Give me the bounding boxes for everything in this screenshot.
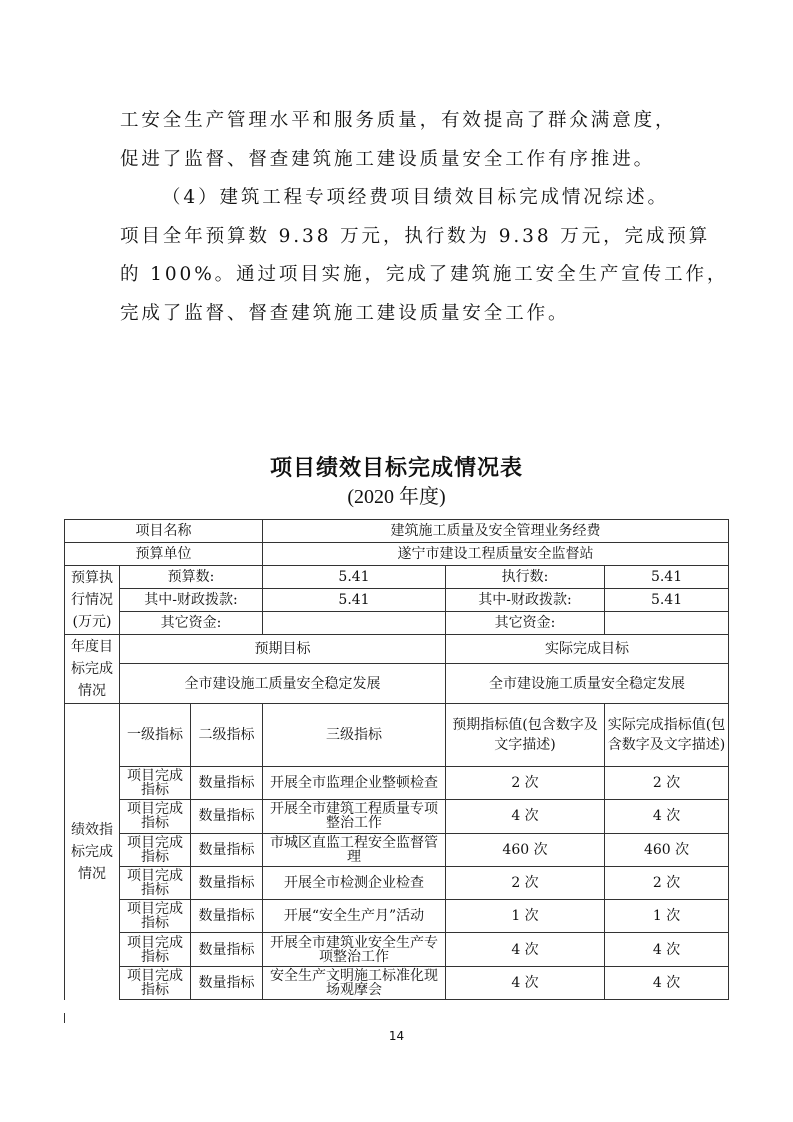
table-continuation-border bbox=[64, 1013, 65, 1023]
budget-value-a: 5.41 bbox=[263, 566, 446, 589]
budget-label-a: 其中-财政拨款: bbox=[120, 589, 263, 612]
level2-cell: 数量指标 bbox=[191, 833, 263, 866]
budget-unit-row: 预算单位 遂宁市建设工程质量安全监督站 bbox=[65, 543, 729, 566]
table-row: 项目完成指标 数量指标 安全生产文明施工标准化现场观摩会 4 次 4 次 bbox=[65, 966, 729, 999]
table-row: 项目完成指标 数量指标 开展全市检测企业检查 2 次 2 次 bbox=[65, 866, 729, 899]
level3-cell: 开展全市建筑业安全生产专项整治工作 bbox=[263, 933, 446, 966]
paragraph-line: 的 100%。通过项目实施，完成了建筑施工安全生产宣传工作， bbox=[120, 256, 680, 295]
indicator-header: 预期指标值(包含数字及文字描述) bbox=[446, 704, 605, 767]
paragraph-line: 项目全年预算数 9.38 万元，执行数为 9.38 万元，完成预算 bbox=[120, 218, 680, 257]
budget-unit-label: 预算单位 bbox=[65, 543, 263, 566]
level3-cell: 开展“安全生产月”活动 bbox=[263, 900, 446, 933]
actual-goal-label: 实际完成目标 bbox=[446, 635, 729, 664]
level1-cell: 项目完成指标 bbox=[120, 866, 191, 899]
body-text: 工安全生产管理水平和服务质量，有效提高了群众满意度， 促进了监督、督查建筑施工建… bbox=[120, 102, 680, 334]
level3-cell: 开展全市检测企业检查 bbox=[263, 866, 446, 899]
expected-goal: 全市建设施工质量安全稳定发展 bbox=[120, 664, 446, 704]
table-title: 项目绩效目标完成情况表 bbox=[0, 451, 793, 482]
level1-cell: 项目完成指标 bbox=[120, 933, 191, 966]
expected-value-cell: 460 次 bbox=[446, 833, 605, 866]
budget-value-b: 5.41 bbox=[605, 566, 729, 589]
level2-cell: 数量指标 bbox=[191, 800, 263, 833]
budget-label-a: 其它资金: bbox=[120, 612, 263, 635]
indicator-header: 一级指标 bbox=[120, 704, 191, 767]
level2-cell: 数量指标 bbox=[191, 933, 263, 966]
section-heading: （4）建筑工程专项经费项目绩效目标完成情况综述。 bbox=[120, 179, 680, 218]
expected-value-cell: 1 次 bbox=[446, 900, 605, 933]
expected-value-cell: 2 次 bbox=[446, 866, 605, 899]
project-name-row: 项目名称 建筑施工质量及安全管理业务经费 bbox=[65, 520, 729, 543]
level2-cell: 数量指标 bbox=[191, 866, 263, 899]
level3-cell: 安全生产文明施工标准化现场观摩会 bbox=[263, 966, 446, 999]
budget-section-label: 预算执行情况(万元) bbox=[65, 566, 120, 635]
level2-cell: 数量指标 bbox=[191, 767, 263, 800]
table-row: 项目完成指标 数量指标 开展全市监理企业整顿检查 2 次 2 次 bbox=[65, 767, 729, 800]
expected-goal-label: 预期目标 bbox=[120, 635, 446, 664]
budget-row: 其中-财政拨款: 5.41 其中-财政拨款: 5.41 bbox=[65, 589, 729, 612]
project-name-label: 项目名称 bbox=[65, 520, 263, 543]
expected-value-cell: 4 次 bbox=[446, 800, 605, 833]
paragraph-line: 工安全生产管理水平和服务质量，有效提高了群众满意度， bbox=[120, 102, 680, 141]
indicator-header-row: 绩效指标完成情况 一级指标 二级指标 三级指标 预期指标值(包含数字及文字描述)… bbox=[65, 704, 729, 767]
actual-value-cell: 4 次 bbox=[605, 933, 729, 966]
budget-row: 预算执行情况(万元) 预算数: 5.41 执行数: 5.41 bbox=[65, 566, 729, 589]
table-row: 项目完成指标 数量指标 开展全市建筑工程质量专项整治工作 4 次 4 次 bbox=[65, 800, 729, 833]
level1-cell: 项目完成指标 bbox=[120, 966, 191, 999]
budget-value-b: 5.41 bbox=[605, 589, 729, 612]
budget-unit-value: 遂宁市建设工程质量安全监督站 bbox=[263, 543, 729, 566]
goal-content-row: 全市建设施工质量安全稳定发展 全市建设施工质量安全稳定发展 bbox=[65, 664, 729, 704]
level3-cell: 市城区直监工程安全监督管理 bbox=[263, 833, 446, 866]
budget-value-a bbox=[263, 612, 446, 635]
goal-header-row: 年度目标完成情况 预期目标 实际完成目标 bbox=[65, 635, 729, 664]
page-number: 14 bbox=[0, 1029, 793, 1043]
paragraph-line: 促进了监督、督查建筑施工建设质量安全工作有序推进。 bbox=[120, 141, 680, 180]
indicator-header: 实际完成指标值(包含数字及文字描述) bbox=[605, 704, 729, 767]
table-row: 项目完成指标 数量指标 开展全市建筑业安全生产专项整治工作 4 次 4 次 bbox=[65, 933, 729, 966]
table-subtitle: (2020 年度) bbox=[0, 480, 793, 509]
level3-cell: 开展全市建筑工程质量专项整治工作 bbox=[263, 800, 446, 833]
budget-row: 其它资金: 其它资金: bbox=[65, 612, 729, 635]
actual-value-cell: 4 次 bbox=[605, 966, 729, 999]
actual-value-cell: 2 次 bbox=[605, 767, 729, 800]
actual-value-cell: 1 次 bbox=[605, 900, 729, 933]
actual-value-cell: 2 次 bbox=[605, 866, 729, 899]
expected-value-cell: 4 次 bbox=[446, 933, 605, 966]
table-row: 项目完成指标 数量指标 市城区直监工程安全监督管理 460 次 460 次 bbox=[65, 833, 729, 866]
actual-value-cell: 460 次 bbox=[605, 833, 729, 866]
level2-cell: 数量指标 bbox=[191, 900, 263, 933]
budget-value-b bbox=[605, 612, 729, 635]
indicator-header: 二级指标 bbox=[191, 704, 263, 767]
expected-value-cell: 2 次 bbox=[446, 767, 605, 800]
actual-value-cell: 4 次 bbox=[605, 800, 729, 833]
table-row: 项目完成指标 数量指标 开展“安全生产月”活动 1 次 1 次 bbox=[65, 900, 729, 933]
indicator-header: 三级指标 bbox=[263, 704, 446, 767]
budget-label-a: 预算数: bbox=[120, 566, 263, 589]
level2-cell: 数量指标 bbox=[191, 966, 263, 999]
level1-cell: 项目完成指标 bbox=[120, 767, 191, 800]
paragraph-line: 完成了监督、督查建筑施工建设质量安全工作。 bbox=[120, 295, 680, 334]
expected-value-cell: 4 次 bbox=[446, 966, 605, 999]
performance-table: 项目名称 建筑施工质量及安全管理业务经费 预算单位 遂宁市建设工程质量安全监督站… bbox=[64, 519, 729, 1000]
level1-cell: 项目完成指标 bbox=[120, 900, 191, 933]
budget-label-b: 执行数: bbox=[446, 566, 605, 589]
budget-label-b: 其它资金: bbox=[446, 612, 605, 635]
annual-section-label: 年度目标完成情况 bbox=[65, 635, 120, 704]
indicator-section-label: 绩效指标完成情况 bbox=[65, 704, 120, 1000]
level3-cell: 开展全市监理企业整顿检查 bbox=[263, 767, 446, 800]
project-name-value: 建筑施工质量及安全管理业务经费 bbox=[263, 520, 729, 543]
actual-goal: 全市建设施工质量安全稳定发展 bbox=[446, 664, 729, 704]
level1-cell: 项目完成指标 bbox=[120, 833, 191, 866]
budget-value-a: 5.41 bbox=[263, 589, 446, 612]
level1-cell: 项目完成指标 bbox=[120, 800, 191, 833]
budget-label-b: 其中-财政拨款: bbox=[446, 589, 605, 612]
